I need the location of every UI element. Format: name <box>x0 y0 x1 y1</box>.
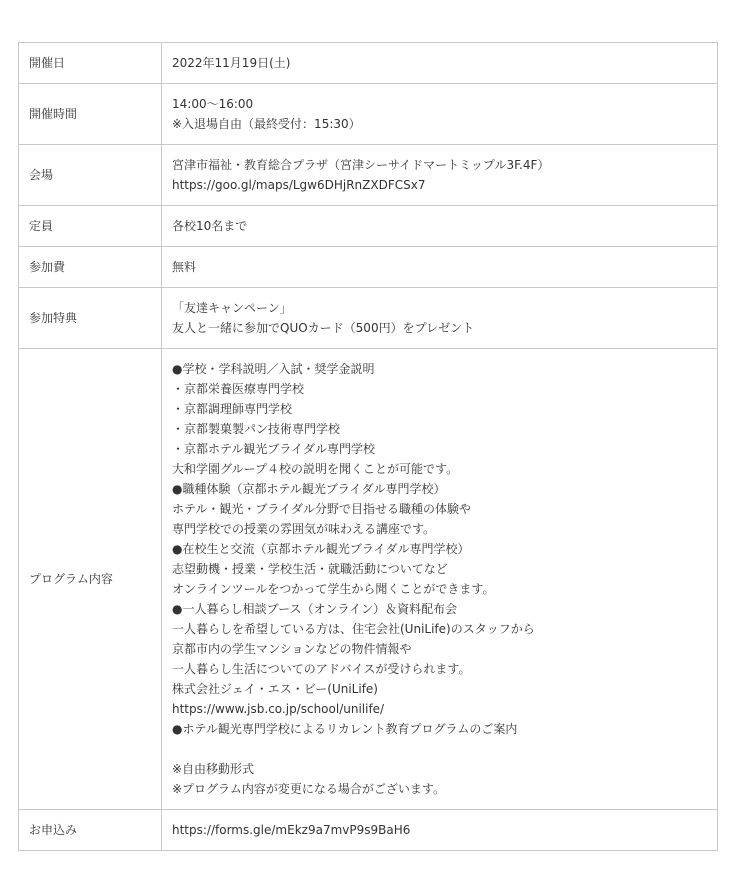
program-line: ・京都製菓製パン技術専門学校 <box>172 419 707 439</box>
program-line: 志望動機・授業・学校生活・就職活動についてなど <box>172 559 707 579</box>
label-apply: お申込み <box>19 810 162 851</box>
program-line: ●在校生と交流（京都ホテル観光ブライダル専門学校） <box>172 539 707 559</box>
program-line: ・京都調理師専門学校 <box>172 399 707 419</box>
program-note: ※プログラム内容が変更になる場合がございます。 <box>172 779 707 799</box>
program-line: 一人暮らし生活についてのアドバイスが受けられます。 <box>172 659 707 679</box>
value-fee: 無料 <box>162 247 718 288</box>
unilife-link[interactable]: https://www.jsb.co.jp/school/unilife/ <box>172 699 707 719</box>
value-capacity: 各校10名まで <box>162 206 718 247</box>
fee-text: 無料 <box>172 257 707 277</box>
capacity-text: 各校10名まで <box>172 216 707 236</box>
row-time: 開催時間 14:00〜16:00 ※入退場自由（最終受付：15:30） <box>19 84 718 145</box>
program-blank-line <box>172 739 707 759</box>
apply-form-link[interactable]: https://forms.gle/mEkz9a7mvP9s9BaH6 <box>172 820 707 840</box>
value-venue: 宮津市福祉・教育総合プラザ（宮津シーサイドマートミップル3F.4F） https… <box>162 145 718 206</box>
label-program: プログラム内容 <box>19 349 162 810</box>
value-apply: https://forms.gle/mEkz9a7mvP9s9BaH6 <box>162 810 718 851</box>
row-program: プログラム内容 ●学校・学科説明／入試・奨学金説明 ・京都栄養医療専門学校 ・京… <box>19 349 718 810</box>
program-line: オンラインツールをつかって学生から聞くことができます。 <box>172 579 707 599</box>
value-benefit: 「友達キャンペーン」 友人と一緒に参加でQUOカード（500円）をプレゼント <box>162 288 718 349</box>
row-date: 開催日 2022年11月19日(土) <box>19 43 718 84</box>
time-range: 14:00〜16:00 <box>172 94 707 114</box>
row-fee: 参加費 無料 <box>19 247 718 288</box>
program-line: 京都市内の学生マンションなどの物件情報や <box>172 639 707 659</box>
value-date: 2022年11月19日(土) <box>162 43 718 84</box>
value-time: 14:00〜16:00 ※入退場自由（最終受付：15:30） <box>162 84 718 145</box>
row-capacity: 定員 各校10名まで <box>19 206 718 247</box>
program-line: ・京都栄養医療専門学校 <box>172 379 707 399</box>
program-line: 株式会社ジェイ・エス・ビー(UniLife) <box>172 679 707 699</box>
venue-map-link[interactable]: https://goo.gl/maps/Lgw6DHjRnZXDFCSx7 <box>172 175 707 195</box>
program-line: ●学校・学科説明／入試・奨学金説明 <box>172 359 707 379</box>
program-line: ●職種体験（京都ホテル観光ブライダル専門学校） <box>172 479 707 499</box>
row-apply: お申込み https://forms.gle/mEkz9a7mvP9s9BaH6 <box>19 810 718 851</box>
label-time: 開催時間 <box>19 84 162 145</box>
value-program: ●学校・学科説明／入試・奨学金説明 ・京都栄養医療専門学校 ・京都調理師専門学校… <box>162 349 718 810</box>
row-venue: 会場 宮津市福祉・教育総合プラザ（宮津シーサイドマートミップル3F.4F） ht… <box>19 145 718 206</box>
date-text: 2022年11月19日(土) <box>172 53 707 73</box>
time-note: ※入退場自由（最終受付：15:30） <box>172 114 707 134</box>
program-line: ホテル・観光・ブライダル分野で目指せる職種の体験や <box>172 499 707 519</box>
label-benefit: 参加特典 <box>19 288 162 349</box>
program-line: 一人暮らしを希望している方は、住宅会社(UniLife)のスタッフから <box>172 619 707 639</box>
program-line: ・京都ホテル観光ブライダル専門学校 <box>172 439 707 459</box>
label-venue: 会場 <box>19 145 162 206</box>
row-benefit: 参加特典 「友達キャンペーン」 友人と一緒に参加でQUOカード（500円）をプレ… <box>19 288 718 349</box>
program-line: 専門学校での授業の雰囲気が味わえる講座です。 <box>172 519 707 539</box>
program-line: 大和学園グループ４校の説明を聞くことが可能です。 <box>172 459 707 479</box>
event-info-table: 開催日 2022年11月19日(土) 開催時間 14:00〜16:00 ※入退場… <box>18 42 718 851</box>
benefit-title: 「友達キャンペーン」 <box>172 298 707 318</box>
program-line: ●一人暮らし相談ブース（オンライン）＆資料配布会 <box>172 599 707 619</box>
label-capacity: 定員 <box>19 206 162 247</box>
label-date: 開催日 <box>19 43 162 84</box>
program-line: ●ホテル観光専門学校によるリカレント教育プログラムのご案内 <box>172 719 707 739</box>
benefit-text: 友人と一緒に参加でQUOカード（500円）をプレゼント <box>172 318 707 338</box>
program-note: ※自由移動形式 <box>172 759 707 779</box>
label-fee: 参加費 <box>19 247 162 288</box>
venue-name: 宮津市福祉・教育総合プラザ（宮津シーサイドマートミップル3F.4F） <box>172 155 707 175</box>
